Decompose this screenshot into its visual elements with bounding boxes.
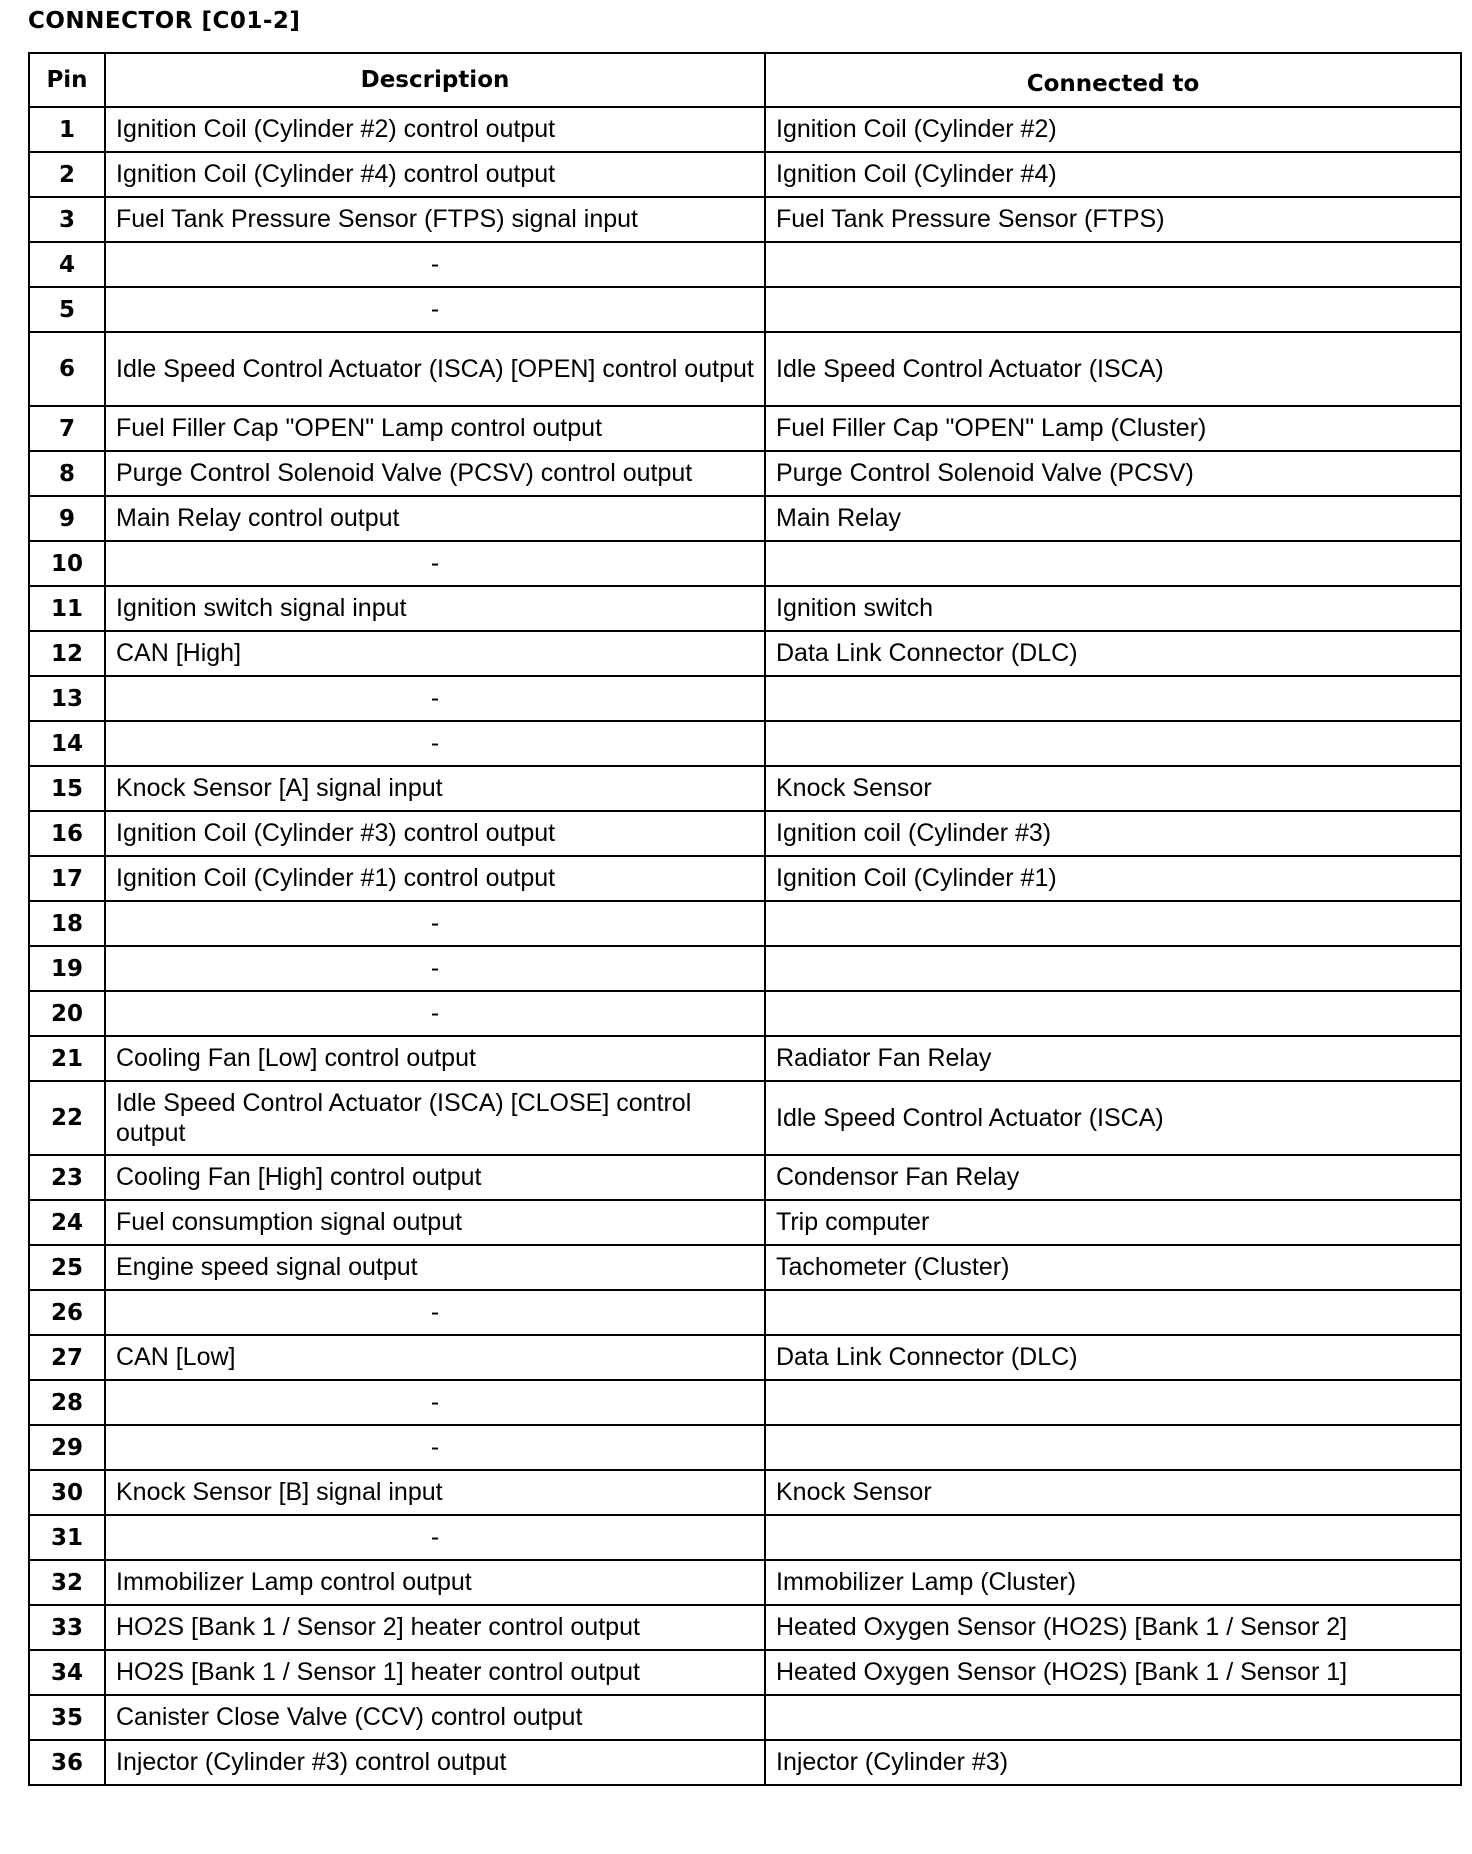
- pin-number: 13: [29, 676, 105, 721]
- pin-connected-to: [765, 1290, 1461, 1335]
- pin-number: 32: [29, 1560, 105, 1605]
- pin-connected-to: [765, 541, 1461, 586]
- pin-connected-to: Heated Oxygen Sensor (HO2S) [Bank 1 / Se…: [765, 1605, 1461, 1650]
- pin-description: -: [105, 946, 765, 991]
- pin-number: 18: [29, 901, 105, 946]
- pin-number: 5: [29, 287, 105, 332]
- pin-connected-to: Main Relay: [765, 496, 1461, 541]
- header-pin: Pin: [29, 53, 105, 107]
- pin-connected-to: Fuel Tank Pressure Sensor (FTPS): [765, 197, 1461, 242]
- table-row: 7Fuel Filler Cap "OPEN" Lamp control out…: [29, 406, 1461, 451]
- table-row: 24Fuel consumption signal outputTrip com…: [29, 1200, 1461, 1245]
- connector-title: CONNECTOR [C01-2]: [28, 8, 300, 34]
- pin-number: 9: [29, 496, 105, 541]
- pin-connected-to: Ignition switch: [765, 586, 1461, 631]
- pin-connected-to: [765, 991, 1461, 1036]
- pin-description: -: [105, 676, 765, 721]
- pin-description: Fuel Filler Cap "OPEN" Lamp control outp…: [105, 406, 765, 451]
- table-row: 35Canister Close Valve (CCV) control out…: [29, 1695, 1461, 1740]
- pin-connected-to: Knock Sensor: [765, 766, 1461, 811]
- pin-description: Canister Close Valve (CCV) control outpu…: [105, 1695, 765, 1740]
- table-row: 10-: [29, 541, 1461, 586]
- pin-connected-to: [765, 1515, 1461, 1560]
- table-row: 21Cooling Fan [Low] control outputRadiat…: [29, 1036, 1461, 1081]
- pin-number: 8: [29, 451, 105, 496]
- pin-description: Engine speed signal output: [105, 1245, 765, 1290]
- pin-number: 23: [29, 1155, 105, 1200]
- pin-connected-to: Knock Sensor: [765, 1470, 1461, 1515]
- table-row: 32Immobilizer Lamp control outputImmobil…: [29, 1560, 1461, 1605]
- table-row: 20-: [29, 991, 1461, 1036]
- pin-description: -: [105, 1380, 765, 1425]
- pin-connected-to: Ignition Coil (Cylinder #1): [765, 856, 1461, 901]
- pin-connected-to: [765, 287, 1461, 332]
- table-body: 1Ignition Coil (Cylinder #2) control out…: [29, 107, 1461, 1785]
- table-row: 19-: [29, 946, 1461, 991]
- pin-description: -: [105, 901, 765, 946]
- table-row: 9Main Relay control outputMain Relay: [29, 496, 1461, 541]
- pin-connected-to: Trip computer: [765, 1200, 1461, 1245]
- pin-connected-to: Ignition Coil (Cylinder #2): [765, 107, 1461, 152]
- pin-description: Ignition Coil (Cylinder #1) control outp…: [105, 856, 765, 901]
- pin-description: Ignition Coil (Cylinder #4) control outp…: [105, 152, 765, 197]
- pin-description: CAN [Low]: [105, 1335, 765, 1380]
- pin-number: 31: [29, 1515, 105, 1560]
- header-connected-to: Connected to: [765, 53, 1461, 107]
- pin-connected-to: [765, 946, 1461, 991]
- pin-description: Idle Speed Control Actuator (ISCA) [OPEN…: [105, 332, 765, 406]
- table-row: 26-: [29, 1290, 1461, 1335]
- table-row: 3Fuel Tank Pressure Sensor (FTPS) signal…: [29, 197, 1461, 242]
- pin-number: 10: [29, 541, 105, 586]
- pin-number: 3: [29, 197, 105, 242]
- pin-description: HO2S [Bank 1 / Sensor 1] heater control …: [105, 1650, 765, 1695]
- pin-connected-to: [765, 1425, 1461, 1470]
- pin-connected-to: Idle Speed Control Actuator (ISCA): [765, 1081, 1461, 1155]
- pin-connected-to: [765, 721, 1461, 766]
- pin-description: CAN [High]: [105, 631, 765, 676]
- connector-pin-table: Pin Description Connected to 1Ignition C…: [28, 52, 1462, 1786]
- pin-description: -: [105, 1425, 765, 1470]
- table-row: 34HO2S [Bank 1 / Sensor 1] heater contro…: [29, 1650, 1461, 1695]
- pin-number: 12: [29, 631, 105, 676]
- table-row: 1Ignition Coil (Cylinder #2) control out…: [29, 107, 1461, 152]
- pin-description: Knock Sensor [A] signal input: [105, 766, 765, 811]
- table-row: 17Ignition Coil (Cylinder #1) control ou…: [29, 856, 1461, 901]
- pin-description: HO2S [Bank 1 / Sensor 2] heater control …: [105, 1605, 765, 1650]
- pin-number: 35: [29, 1695, 105, 1740]
- pin-connected-to: Ignition Coil (Cylinder #4): [765, 152, 1461, 197]
- pin-number: 16: [29, 811, 105, 856]
- table-row: 8Purge Control Solenoid Valve (PCSV) con…: [29, 451, 1461, 496]
- table-row: 25Engine speed signal outputTachometer (…: [29, 1245, 1461, 1290]
- table-row: 15Knock Sensor [A] signal inputKnock Sen…: [29, 766, 1461, 811]
- pin-number: 25: [29, 1245, 105, 1290]
- pin-description: Ignition switch signal input: [105, 586, 765, 631]
- pin-connected-to: Condensor Fan Relay: [765, 1155, 1461, 1200]
- table-row: 12CAN [High]Data Link Connector (DLC): [29, 631, 1461, 676]
- table-row: 30Knock Sensor [B] signal inputKnock Sen…: [29, 1470, 1461, 1515]
- pin-number: 19: [29, 946, 105, 991]
- pin-number: 29: [29, 1425, 105, 1470]
- pin-description: -: [105, 242, 765, 287]
- pin-connected-to: Purge Control Solenoid Valve (PCSV): [765, 451, 1461, 496]
- table-row: 36Injector (Cylinder #3) control outputI…: [29, 1740, 1461, 1785]
- header-description: Description: [105, 53, 765, 107]
- pin-connected-to: Heated Oxygen Sensor (HO2S) [Bank 1 / Se…: [765, 1650, 1461, 1695]
- pin-connected-to: [765, 1695, 1461, 1740]
- pin-connected-to: Fuel Filler Cap "OPEN" Lamp (Cluster): [765, 406, 1461, 451]
- pin-description: Fuel Tank Pressure Sensor (FTPS) signal …: [105, 197, 765, 242]
- pin-number: 28: [29, 1380, 105, 1425]
- pin-description: -: [105, 721, 765, 766]
- table-row: 16Ignition Coil (Cylinder #3) control ou…: [29, 811, 1461, 856]
- pin-description: Main Relay control output: [105, 496, 765, 541]
- pin-description: Knock Sensor [B] signal input: [105, 1470, 765, 1515]
- pin-connected-to: Data Link Connector (DLC): [765, 631, 1461, 676]
- pin-description: -: [105, 1515, 765, 1560]
- pin-number: 1: [29, 107, 105, 152]
- pin-number: 26: [29, 1290, 105, 1335]
- table-row: 18-: [29, 901, 1461, 946]
- pin-number: 17: [29, 856, 105, 901]
- pin-description: Cooling Fan [Low] control output: [105, 1036, 765, 1081]
- pin-connected-to: Radiator Fan Relay: [765, 1036, 1461, 1081]
- pin-number: 27: [29, 1335, 105, 1380]
- pin-number: 36: [29, 1740, 105, 1785]
- pin-description: -: [105, 991, 765, 1036]
- table-row: 22Idle Speed Control Actuator (ISCA) [CL…: [29, 1081, 1461, 1155]
- pin-number: 33: [29, 1605, 105, 1650]
- pin-description: -: [105, 287, 765, 332]
- pin-connected-to: Injector (Cylinder #3): [765, 1740, 1461, 1785]
- pin-number: 2: [29, 152, 105, 197]
- pin-connected-to: Immobilizer Lamp (Cluster): [765, 1560, 1461, 1605]
- pin-number: 20: [29, 991, 105, 1036]
- pin-description: Idle Speed Control Actuator (ISCA) [CLOS…: [105, 1081, 765, 1155]
- pin-description: Immobilizer Lamp control output: [105, 1560, 765, 1605]
- pin-connected-to: [765, 901, 1461, 946]
- table-row: 4-: [29, 242, 1461, 287]
- pin-number: 4: [29, 242, 105, 287]
- table-row: 6Idle Speed Control Actuator (ISCA) [OPE…: [29, 332, 1461, 406]
- table-row: 13-: [29, 676, 1461, 721]
- pin-number: 11: [29, 586, 105, 631]
- pin-connected-to: [765, 242, 1461, 287]
- pin-number: 30: [29, 1470, 105, 1515]
- table-row: 33HO2S [Bank 1 / Sensor 2] heater contro…: [29, 1605, 1461, 1650]
- pin-number: 34: [29, 1650, 105, 1695]
- pin-description: Purge Control Solenoid Valve (PCSV) cont…: [105, 451, 765, 496]
- table-row: 11Ignition switch signal inputIgnition s…: [29, 586, 1461, 631]
- pin-number: 15: [29, 766, 105, 811]
- pin-number: 7: [29, 406, 105, 451]
- table-header-row: Pin Description Connected to: [29, 53, 1461, 107]
- pin-description: Fuel consumption signal output: [105, 1200, 765, 1245]
- pin-description: Ignition Coil (Cylinder #2) control outp…: [105, 107, 765, 152]
- table-row: 2Ignition Coil (Cylinder #4) control out…: [29, 152, 1461, 197]
- pin-connected-to: [765, 1380, 1461, 1425]
- table-row: 28-: [29, 1380, 1461, 1425]
- pin-connected-to: Data Link Connector (DLC): [765, 1335, 1461, 1380]
- pin-number: 6: [29, 332, 105, 406]
- table-row: 23Cooling Fan [High] control outputConde…: [29, 1155, 1461, 1200]
- pin-description: Cooling Fan [High] control output: [105, 1155, 765, 1200]
- pin-description: Injector (Cylinder #3) control output: [105, 1740, 765, 1785]
- table-row: 14-: [29, 721, 1461, 766]
- pin-number: 14: [29, 721, 105, 766]
- pin-connected-to: Tachometer (Cluster): [765, 1245, 1461, 1290]
- pin-number: 21: [29, 1036, 105, 1081]
- pin-number: 24: [29, 1200, 105, 1245]
- pin-description: -: [105, 541, 765, 586]
- pin-description: Ignition Coil (Cylinder #3) control outp…: [105, 811, 765, 856]
- table-row: 29-: [29, 1425, 1461, 1470]
- pin-number: 22: [29, 1081, 105, 1155]
- pin-connected-to: Idle Speed Control Actuator (ISCA): [765, 332, 1461, 406]
- table-row: 5-: [29, 287, 1461, 332]
- pin-connected-to: Ignition coil (Cylinder #3): [765, 811, 1461, 856]
- table-row: 31-: [29, 1515, 1461, 1560]
- table-row: 27CAN [Low]Data Link Connector (DLC): [29, 1335, 1461, 1380]
- pin-description: -: [105, 1290, 765, 1335]
- pin-connected-to: [765, 676, 1461, 721]
